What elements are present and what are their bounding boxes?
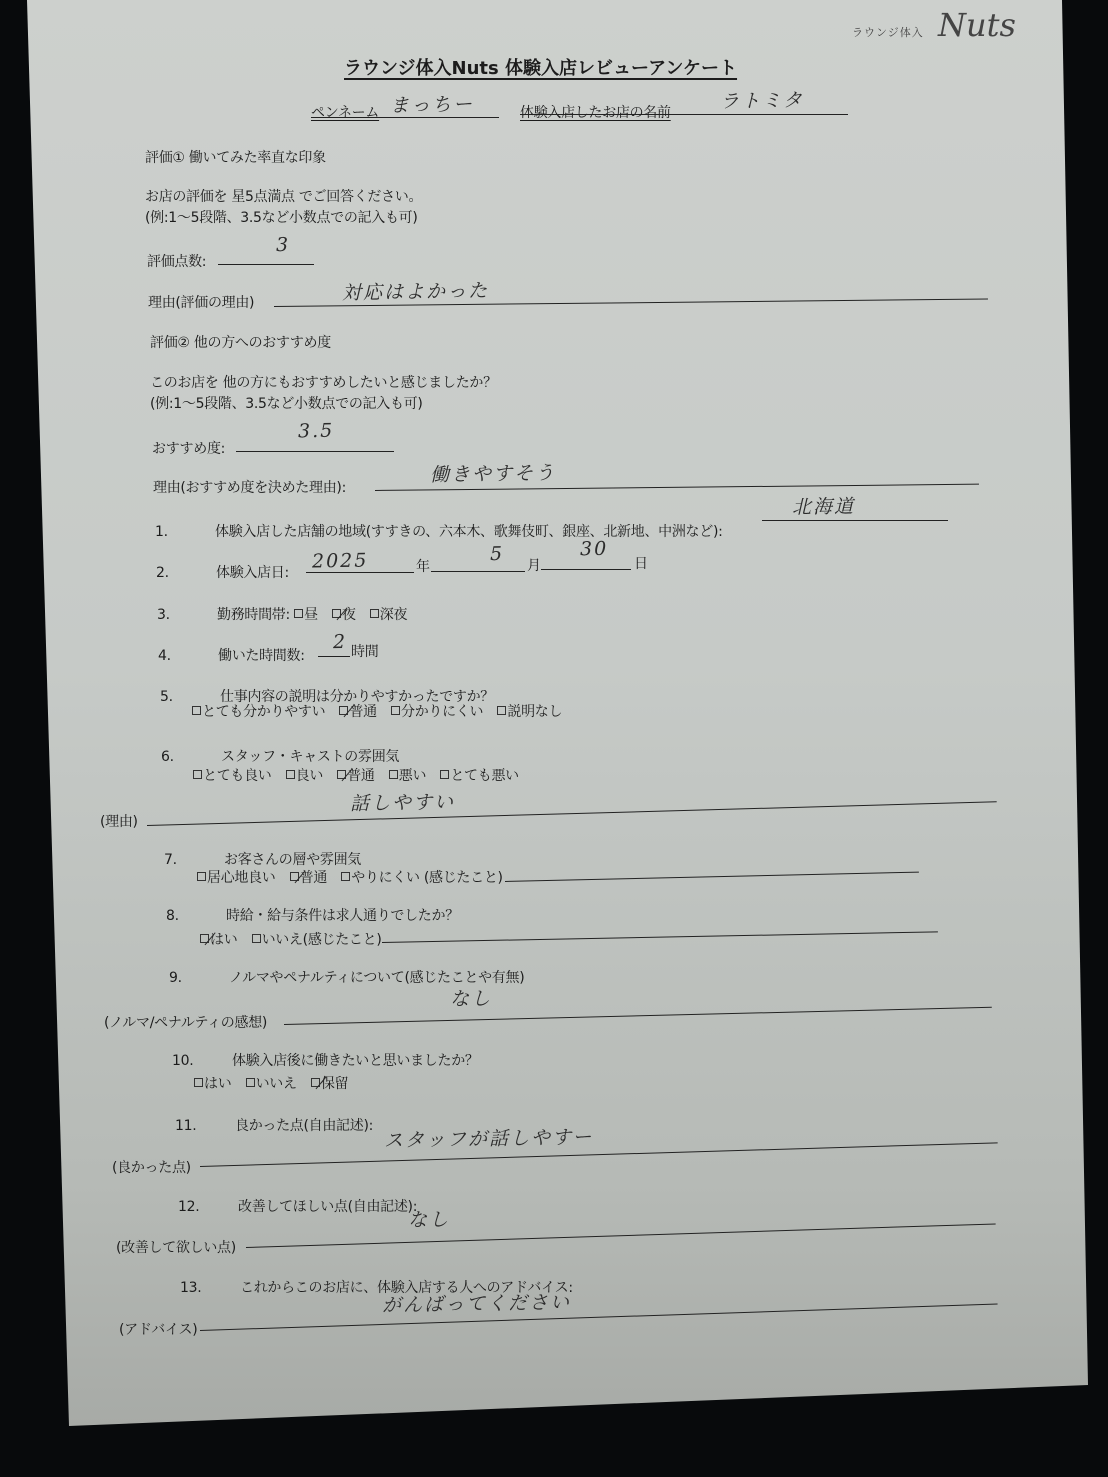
q4-unit: 時間 <box>351 641 378 661</box>
q10-option-yes[interactable]: はい <box>194 1076 231 1092</box>
eval1-reason-value[interactable]: 対応はよかった <box>342 276 489 306</box>
q2-month-underline <box>431 571 525 572</box>
q4-underline <box>318 656 350 657</box>
q1-row: 1.体験入店した店舗の地域(すすきの、六本木、歌舞伎町、銀座、北新地、中洲など)… <box>155 521 723 541</box>
q1-value[interactable]: 北海道 <box>792 491 855 519</box>
eval1-score-label: 評価点数: <box>147 251 206 271</box>
q8-option-yes[interactable]: はい <box>200 932 237 948</box>
q1-number: 1. <box>155 524 215 540</box>
q8-label: 時給・給与条件は求人通りでしたか？ <box>226 908 459 924</box>
pen-name-value[interactable]: まっちー <box>390 89 474 117</box>
q7-note-underline[interactable] <box>505 872 919 882</box>
eval2-score-label: おすすめ度: <box>152 438 225 458</box>
q8-row: 8.時給・給与条件は求人通りでしたか？ <box>166 905 459 925</box>
q3-number: 3. <box>157 607 217 623</box>
checkbox[interactable] <box>192 706 201 715</box>
checkbox[interactable] <box>440 770 449 779</box>
checkbox[interactable] <box>252 934 261 943</box>
q2-year-underline <box>306 572 414 573</box>
q13-underline <box>200 1304 998 1331</box>
checkbox[interactable] <box>497 706 506 715</box>
q6-option-normal[interactable]: 普通 <box>337 768 374 784</box>
q6-option-bad[interactable]: 悪い <box>389 768 426 784</box>
q13-answer-label: (アドバイス) <box>119 1319 197 1339</box>
pen-name-underline <box>311 117 499 118</box>
q6-row: 6.スタッフ・キャストの雰囲気 <box>161 746 399 766</box>
q4-label: 働いた時間数: <box>218 648 305 664</box>
q7-row: 7.お客さんの層や雰囲気 <box>164 849 361 869</box>
q10-label: 体験入店後に働きたいと思いましたか？ <box>232 1053 479 1069</box>
q5-option-no-explanation[interactable]: 説明なし <box>497 704 562 720</box>
checkbox[interactable] <box>286 770 295 779</box>
checkbox-checked[interactable] <box>200 934 209 943</box>
q7-note-label: (感じたこと) <box>424 870 503 886</box>
q4-row: 4.働いた時間数: <box>158 645 305 665</box>
q12-underline <box>246 1223 996 1248</box>
eval2-instruction: このお店を 他の方にもおすすめしたいと感じましたか？ <box>150 372 497 392</box>
q6-option-very-good[interactable]: とても良い <box>193 768 272 784</box>
q10-number: 10. <box>172 1053 232 1069</box>
q8-number: 8. <box>166 908 226 924</box>
q9-answer-label: (ノルマ/ペナルティの感想) <box>104 1012 267 1032</box>
checkbox[interactable] <box>294 609 303 618</box>
q11-answer-label: (良かった点) <box>112 1157 191 1177</box>
eval2-reason-value[interactable]: 働きやすそう <box>430 458 556 487</box>
q11-underline <box>200 1142 998 1167</box>
checkbox[interactable] <box>370 609 379 618</box>
q2-label: 体験入店日: <box>216 565 289 581</box>
pen-name-label: ペンネーム <box>311 102 379 122</box>
q7-option-comfortable[interactable]: 居心地良い <box>197 870 276 886</box>
q6-number: 6. <box>161 749 221 765</box>
checkbox[interactable] <box>246 1078 255 1087</box>
q10-option-no[interactable]: いいえ <box>246 1076 297 1092</box>
q5-option-normal[interactable]: 普通 <box>339 704 376 720</box>
q8-option-no[interactable]: いいえ <box>252 932 303 948</box>
q11-value[interactable]: スタッフが話しやすー <box>384 1122 594 1153</box>
q2-year-value[interactable]: 2025 <box>312 550 369 573</box>
q4-value[interactable]: 2 <box>333 631 347 653</box>
eval1-example: (例:1〜5段階、3.5など小数点での記入も可) <box>145 207 418 227</box>
q5-options: とても分かりやすい 普通 分かりにくい 説明なし <box>192 701 572 721</box>
q3-option-day[interactable]: 昼 <box>294 607 318 623</box>
survey-paper: ラウンジ体入 Nuts ラウンジ体入Nuts 体験入店レビューアンケート ペンネ… <box>0 0 1108 1477</box>
checkbox[interactable] <box>389 770 398 779</box>
q2-day-underline <box>541 569 631 570</box>
q12-row: 12.改善してほしい点(自由記述): <box>178 1196 417 1216</box>
q6-reason-label: (理由) <box>100 811 138 831</box>
eval1-score-underline <box>218 264 314 265</box>
q6-reason-underline <box>147 801 997 826</box>
q10-options: はい いいえ 保留 <box>194 1073 358 1093</box>
survey-title: ラウンジ体入Nuts 体験入店レビューアンケート <box>344 54 737 80</box>
q7-number: 7. <box>164 852 224 868</box>
eval2-reason-label: 理由(おすすめ度を決めた理由): <box>153 477 346 497</box>
checkbox-checked[interactable] <box>311 1078 320 1087</box>
checkbox[interactable] <box>194 1078 203 1087</box>
logo-text-small: ラウンジ体入 <box>852 24 924 40</box>
q2-year-unit: 年 <box>416 556 430 576</box>
checkbox-checked[interactable] <box>332 609 341 618</box>
q6-option-very-bad[interactable]: とても悪い <box>440 768 519 784</box>
checkbox-checked[interactable] <box>339 706 348 715</box>
q1-label: 体験入店した店舗の地域(すすきの、六本木、歌舞伎町、銀座、北新地、中洲など): <box>215 524 723 540</box>
q7-option-difficult[interactable]: やりにくい <box>341 870 420 886</box>
q3-option-late-night[interactable]: 深夜 <box>370 607 407 623</box>
q11-label: 良かった点(自由記述): <box>235 1118 373 1134</box>
q10-row: 10.体験入店後に働きたいと思いましたか？ <box>172 1050 479 1070</box>
q13-value[interactable]: がんばってください <box>382 1287 571 1317</box>
checkbox[interactable] <box>341 872 350 881</box>
eval2-example: (例:1〜5段階、3.5など小数点での記入も可) <box>150 393 423 413</box>
eval1-score-value[interactable]: 3 <box>276 234 290 256</box>
q3-label: 勤務時間帯: <box>217 607 290 623</box>
q5-option-very-clear[interactable]: とても分かりやすい <box>192 704 325 720</box>
q1-underline <box>762 520 948 521</box>
eval2-score-underline <box>236 451 394 452</box>
q5-option-unclear[interactable]: 分かりにくい <box>391 704 483 720</box>
q7-options: 居心地良い 普通 やりにくい (感じたこと) <box>197 867 503 887</box>
eval1-heading: 評価① 働いてみた率直な印象 <box>145 147 326 167</box>
q7-option-normal[interactable]: 普通 <box>290 870 327 886</box>
q9-underline <box>284 1007 992 1025</box>
q10-option-pending[interactable]: 保留 <box>311 1076 348 1092</box>
q6-reason-value[interactable]: 話しやすい <box>350 787 455 816</box>
q8-note-label: (感じたこと) <box>303 932 382 948</box>
q6-label: スタッフ・キャストの雰囲気 <box>221 749 399 765</box>
checkbox[interactable] <box>391 706 400 715</box>
q2-month-unit: 月 <box>527 555 541 575</box>
q12-number: 12. <box>178 1199 238 1215</box>
q12-label: 改善してほしい点(自由記述): <box>238 1199 417 1215</box>
q12-value[interactable]: なし <box>408 1205 450 1233</box>
shop-name-label: 体験入店したお店の名前 <box>520 102 671 122</box>
eval1-instruction: お店の評価を 星5点満点 でご回答ください。 <box>145 186 422 206</box>
q2-day-unit: 日 <box>634 553 648 573</box>
checkbox-checked[interactable] <box>290 872 299 881</box>
q8-note-underline[interactable] <box>382 931 938 943</box>
q8-options: はい いいえ(感じたこと) <box>200 929 382 949</box>
q6-option-good[interactable]: 良い <box>286 768 323 784</box>
q11-row: 11.良かった点(自由記述): <box>175 1115 373 1135</box>
q3-row: 3.勤務時間帯: 昼 夜 深夜 <box>157 604 417 624</box>
checkbox[interactable] <box>197 872 206 881</box>
q2-row: 2.体験入店日: <box>156 562 289 582</box>
eval1-reason-label: 理由(評価の理由) <box>148 292 254 312</box>
q2-day-value[interactable]: 30 <box>580 538 609 560</box>
q2-number: 2. <box>156 565 216 581</box>
q4-number: 4. <box>158 648 218 664</box>
checkbox[interactable] <box>193 770 202 779</box>
q13-number: 13. <box>180 1280 240 1296</box>
q12-answer-label: (改善して欲しい点) <box>116 1237 236 1257</box>
q3-option-night[interactable]: 夜 <box>332 607 356 623</box>
eval2-heading: 評価② 他の方へのおすすめ度 <box>150 332 331 352</box>
shop-name-value[interactable]: ラトミタ <box>720 85 804 113</box>
q6-options: とても良い 良い 普通 悪い とても悪い <box>193 765 529 785</box>
q11-number: 11. <box>175 1118 235 1134</box>
logo-text-nuts: Nuts <box>938 6 1016 44</box>
q9-value[interactable]: なし <box>450 984 492 1012</box>
checkbox-checked[interactable] <box>337 770 346 779</box>
shop-name-underline <box>520 114 848 115</box>
q9-number: 9. <box>169 970 229 986</box>
eval2-score-value[interactable]: 3.5 <box>298 420 335 443</box>
q2-month-value[interactable]: 5 <box>490 543 504 565</box>
